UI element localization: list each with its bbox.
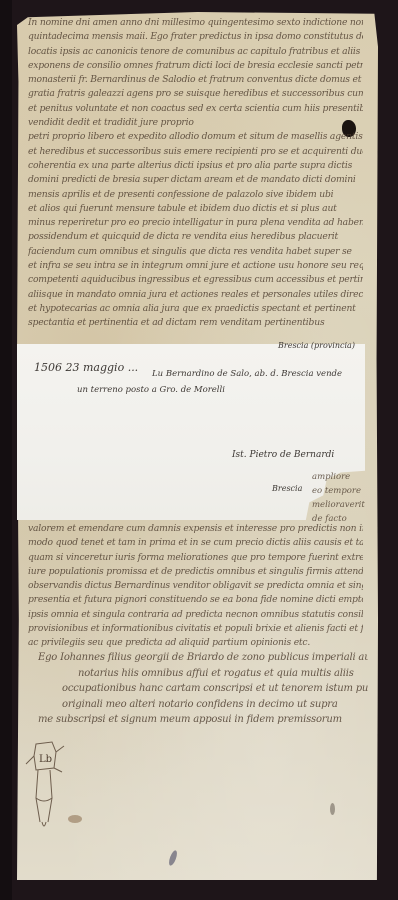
text-line: melioraverit	[312, 498, 368, 512]
label-summary-line-1: Lu Bernardino de Salo, ab. d. Brescia ve…	[152, 369, 342, 379]
manuscript-text-top: In nomine dni amen anno dni millesimo qu…	[28, 16, 363, 331]
label-summary-line-2: un terreno posto a Gro. de Morelli	[77, 385, 225, 395]
text-line: possidendum et quicquid de dicta re vend…	[28, 230, 363, 244]
notary-signum-letters: Lb	[39, 754, 52, 765]
text-line: ampliore	[312, 470, 368, 484]
text-line: et heredibus et successoribus suis emere…	[28, 145, 363, 159]
text-line: petri proprio libero et expedito allodio…	[28, 130, 363, 144]
text-line: iure populationis promissa et de predict…	[28, 565, 363, 579]
text-line: ac privilegiis seu que predicta ad aliqu…	[28, 636, 363, 650]
text-line: eo tempore	[312, 484, 368, 498]
text-line: quam si vinceretur iuris forma meliorati…	[28, 551, 363, 565]
text-line: faciendum cum omnibus et singulis que di…	[28, 245, 363, 259]
text-line: vendidit dedit et tradidit jure proprio	[28, 116, 363, 130]
manuscript-text-right-fragment: ampliore eo tempore melioraverit de fact…	[312, 470, 368, 526]
text-line: gratia fratris galeazzi agens pro se sui…	[28, 87, 363, 101]
text-line: valorem et emendare cum damnis expensis …	[28, 522, 363, 536]
text-line: mensis aprilis et de presenti confession…	[28, 188, 363, 202]
text-line: minus reperiretur pro eo precio intellig…	[28, 216, 363, 230]
text-line: et infra se seu intra se in integrum omn…	[28, 259, 363, 273]
text-line: monasterii fr. Bernardinus de Salodio et…	[28, 73, 363, 87]
scan-frame-border	[0, 0, 12, 900]
text-line: locatis ipsis ac canonicis tenore de com…	[28, 45, 363, 59]
notary-signum-icon: Lb	[22, 738, 68, 838]
text-line: et alios qui fuerunt mensure tabule et i…	[28, 202, 363, 216]
notary-subscription: Ego Iohannes filius georgii de Briardo d…	[38, 650, 368, 728]
text-line: presentia et futura pignori constituendo…	[28, 593, 363, 607]
label-signature: Ist. Pietro de Bernardi	[232, 450, 334, 460]
text-line: me subscripsi et signum meum apposui in …	[38, 712, 368, 728]
text-line: et hypotecarias ac omnia alia jura que e…	[28, 302, 363, 316]
text-line: spectantia et pertinentia et ad dictam r…	[28, 316, 363, 330]
text-line: domini predicti de bresia super dictam a…	[28, 173, 363, 187]
stain-spot	[68, 815, 82, 823]
text-line: In nomine dni amen anno dni millesimo qu…	[28, 16, 363, 30]
text-line: quintadecima mensis maii. Ego frater pre…	[28, 30, 363, 44]
label-date: 1506 23 maggio ...	[34, 361, 138, 374]
text-line: provisionibus et informationibus civitat…	[28, 622, 363, 636]
text-line: modo quod tenet et tam in prima et in se…	[28, 536, 363, 550]
text-line: originali meo alteri notario confidens i…	[38, 697, 368, 713]
text-line: exponens de consilio omnes fratrum dicti…	[28, 59, 363, 73]
text-line: competenti aquiducibus ingressibus et eg…	[28, 273, 363, 287]
label-corner-note: Brescia (provincia)	[278, 341, 355, 350]
text-line: notarius hiis omnibus affui et rogatus e…	[38, 666, 368, 682]
text-line: observandis dictus Bernardinus venditor …	[28, 579, 363, 593]
text-line: aliisque in mandato omnia jura et action…	[28, 288, 363, 302]
text-line: ipsis omnia et singula contraria ad pred…	[28, 608, 363, 622]
label-small-note: Brescia	[272, 484, 302, 493]
text-line: coherentia ex una parte alterius dicti i…	[28, 159, 363, 173]
text-line: Ego Iohannes filius georgii de Briardo d…	[38, 650, 368, 666]
text-line: occupationibus hanc cartam conscripsi et…	[38, 681, 368, 697]
stain-spot	[330, 803, 335, 815]
manuscript-text-middle: valorem et emendare cum damnis expensis …	[28, 522, 363, 651]
text-line: et penitus voluntate et non coactus sed …	[28, 102, 363, 116]
